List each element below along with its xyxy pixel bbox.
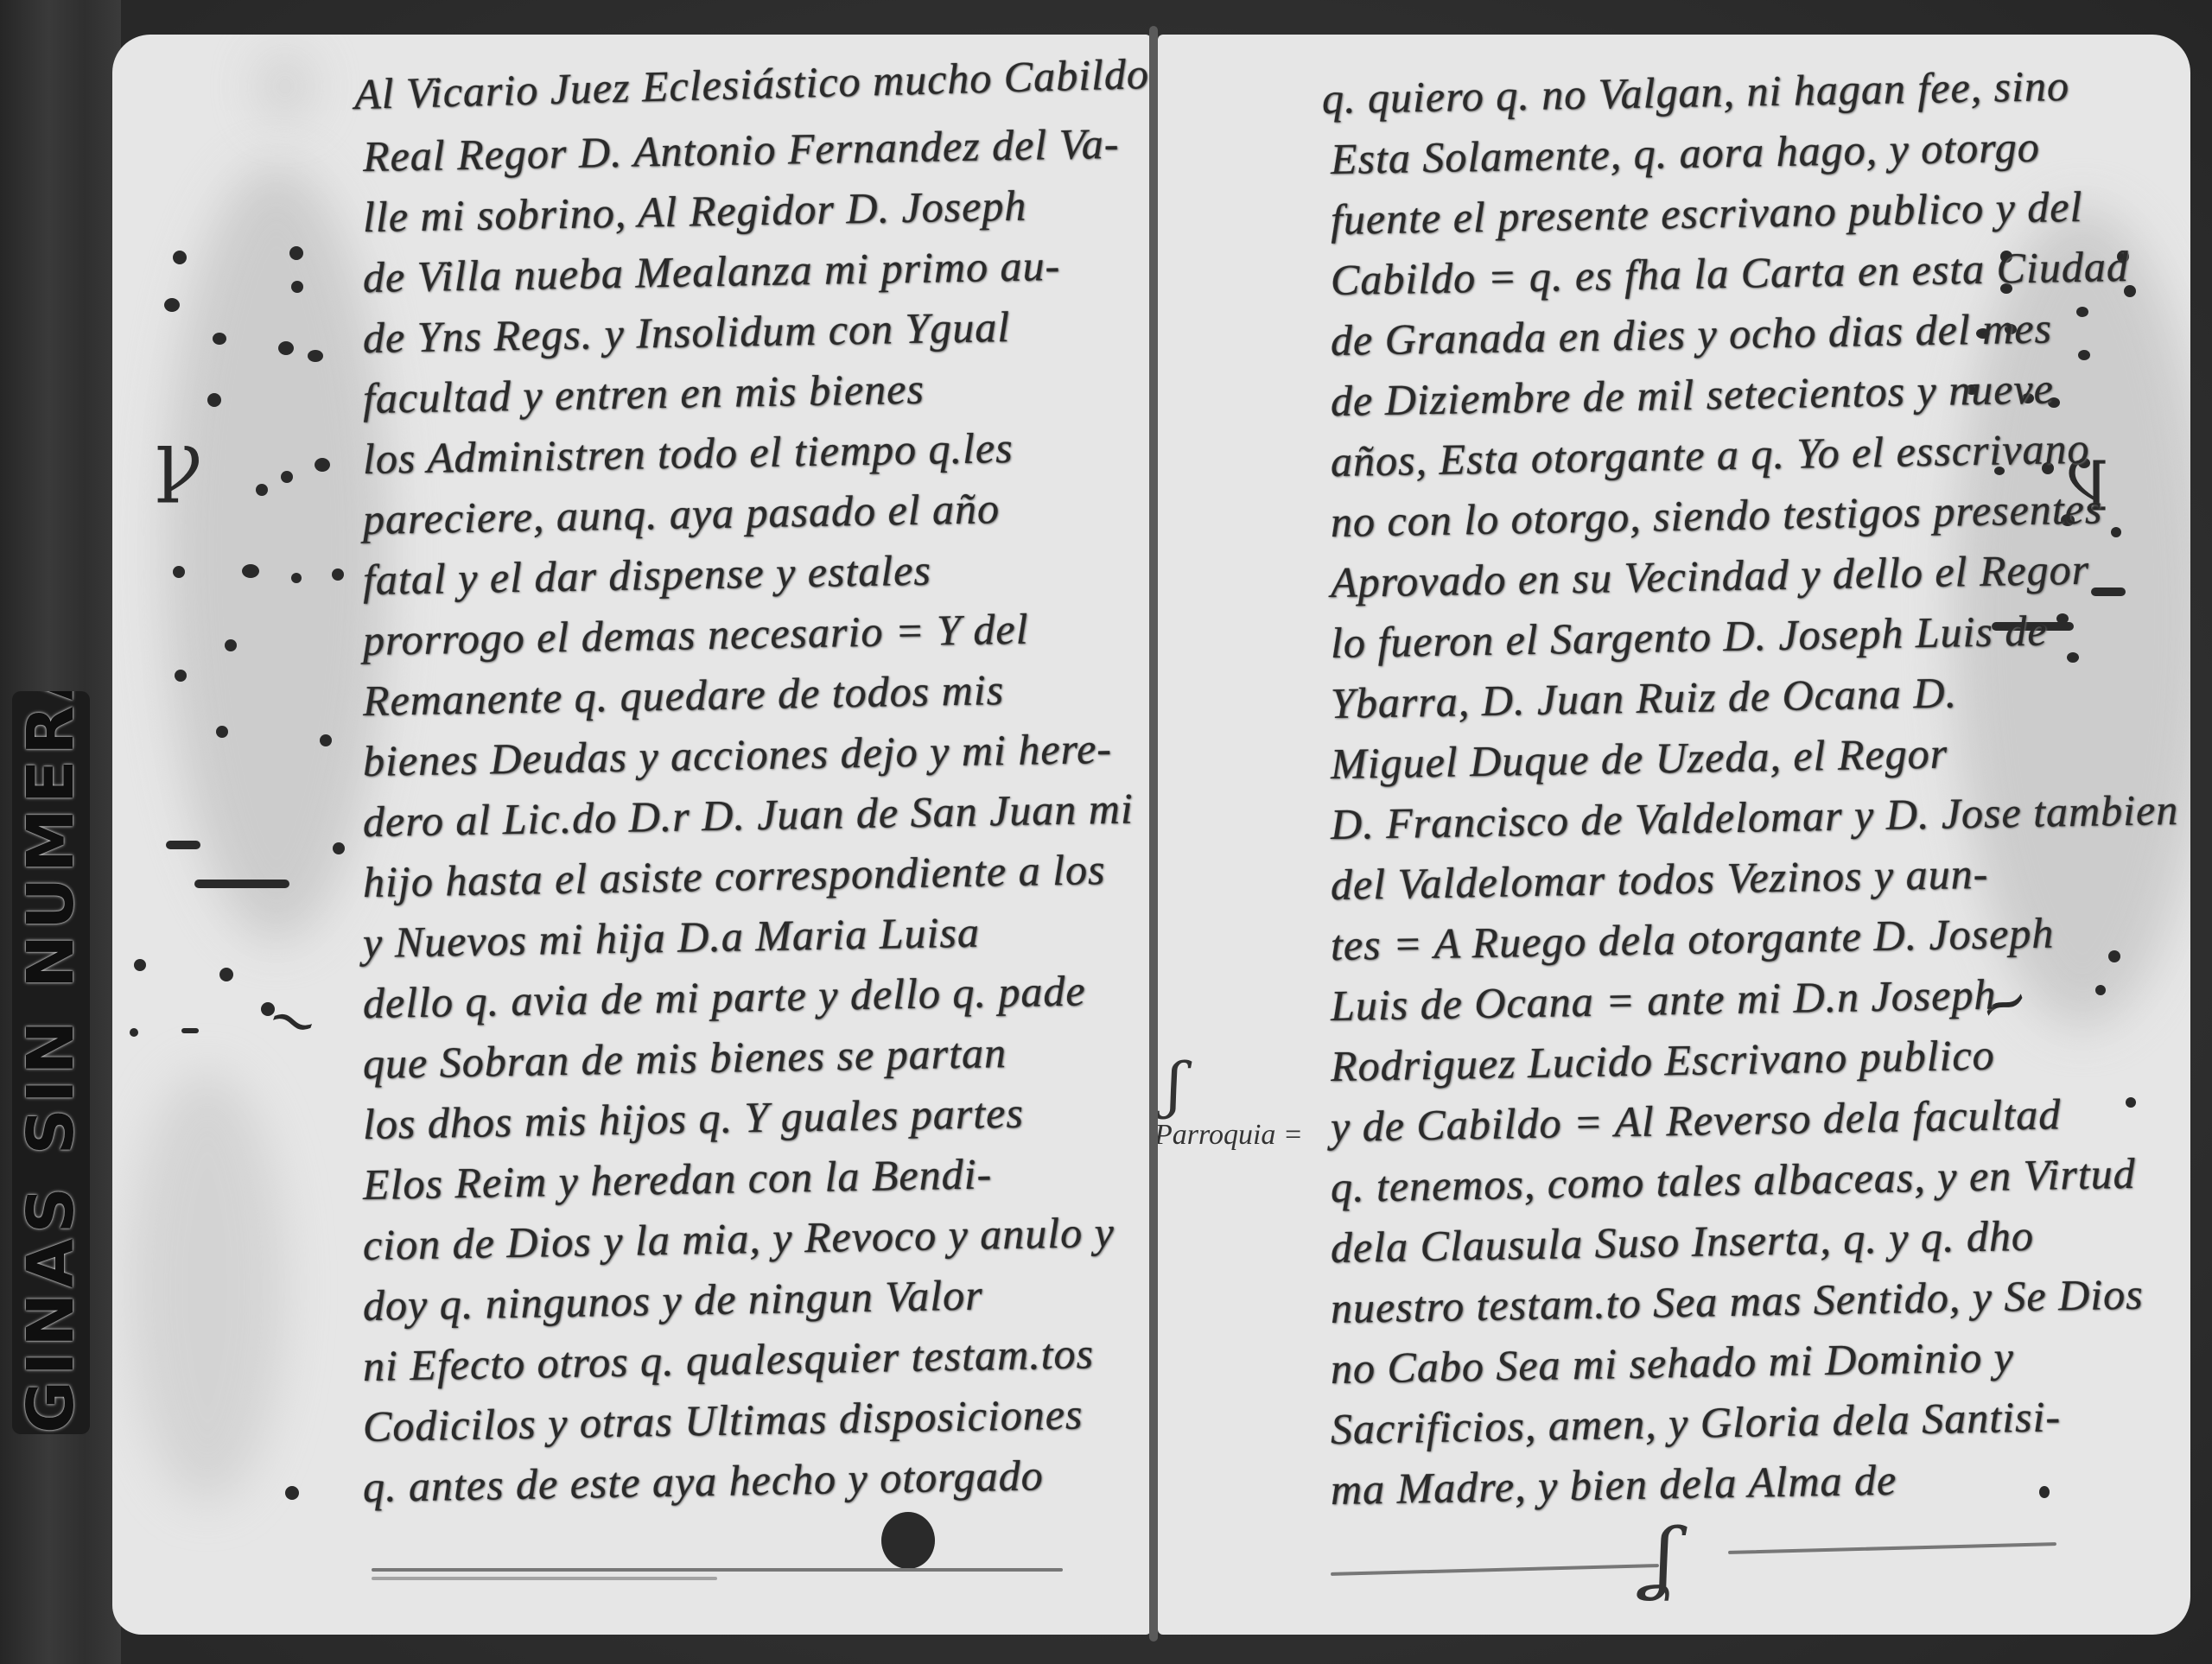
margin-dash: [181, 1028, 199, 1033]
water-stain: [164, 164, 389, 942]
margin-dot: [2067, 652, 2079, 663]
closing-rule: [1331, 1564, 1659, 1576]
margin-dot: [285, 1486, 299, 1500]
margin-dot: [173, 251, 187, 264]
manuscript-line: Miguel Duque de Uzeda, el Regor: [1330, 728, 1948, 789]
margin-dot: [281, 471, 293, 483]
manuscript-line: Remanente q. quedare de todos mis: [362, 664, 1004, 726]
manuscript-line: del Valdelomar todos Vezinos y aun-: [1330, 848, 1988, 910]
margin-dot: [134, 959, 146, 971]
margin-dot: [225, 639, 237, 651]
manuscript-line: pareciere, aunq. aya pasado el año: [362, 483, 1000, 544]
water-stain: [259, 52, 311, 121]
closing-rule: [1728, 1542, 2056, 1554]
manuscript-line: Real Regor D. Antonio Fernandez del Va-: [362, 118, 1119, 181]
manuscript-line: lo fueron el Sargento D. Joseph Luis de: [1330, 606, 2048, 668]
manuscript-line: prorrogo el demas necesario = Y del: [362, 604, 1028, 665]
manuscript-line: ni Efecto otros q. qualesquier testam.to…: [362, 1328, 1094, 1391]
manuscript-line: y Nuevos mi hija D.a Maria Luisa: [362, 907, 980, 968]
margin-dot: [278, 341, 294, 355]
manuscript-line: Codicilos y otras Ultimas disposiciones: [362, 1388, 1083, 1451]
margin-squiggle-mark: ~: [257, 978, 329, 1062]
manuscript-line: fatal y el dar dispense y estales: [362, 545, 931, 605]
manuscript-line: fuente el presente escrivano publico y d…: [1330, 181, 2082, 245]
manuscript-line: dello q. avia de mi parte y dello q. pad…: [362, 965, 1086, 1028]
left-page: ꝩ ~ Al Vicario Juez Eclesiástico mucho C…: [112, 35, 1151, 1635]
manuscript-line: de Diziembre de mil setecientos y nueve: [1330, 363, 2054, 426]
closing-rule: [372, 1568, 1063, 1572]
margin-dot: [219, 968, 233, 981]
manuscript-line: de Villa nueba Mealanza mi primo au-: [362, 240, 1060, 302]
margin-dot: [332, 568, 344, 581]
margin-dot: [291, 281, 303, 293]
margin-dot: [2126, 1097, 2136, 1108]
margin-dash: [166, 841, 200, 849]
manuscript-line: los dhos mis hijos q. Y guales partes: [362, 1088, 1024, 1149]
manuscript-line: q. antes de este aya hecho y otorgado: [362, 1450, 1044, 1512]
manuscript-line: tes = A Ruego dela otorgante D. Joseph: [1330, 907, 2054, 970]
manuscript-line: bienes Deudas y acciones dejo y mi here-: [362, 723, 1112, 786]
manuscript-line: Al Vicario Juez Eclesiástico mucho Cabil…: [353, 48, 1149, 119]
manuscript-line: Elos Reim y heredan con la Bendi-: [362, 1148, 992, 1210]
margin-dot: [175, 670, 187, 682]
margin-dot: [2108, 950, 2120, 962]
page-gutter: [1149, 26, 1158, 1642]
margin-note-parroquia: Parroquia =: [1158, 1119, 1303, 1152]
manuscript-line: q. quiero q. no Valgan, ni hagan fee, si…: [1321, 60, 2069, 124]
book-spine: PAGINAS SIN NUMERAR: [0, 0, 121, 1664]
margin-dot: [164, 298, 180, 312]
ink-blot: [881, 1512, 935, 1569]
manuscript-line: q. tenemos, como tales albaceas, y en Vi…: [1330, 1148, 2136, 1212]
margin-dot: [242, 564, 259, 578]
margin-squiggle-mark: ꝩ: [156, 415, 203, 505]
margin-dot: [289, 246, 303, 260]
margin-dot: [320, 734, 332, 746]
margin-dot: [291, 573, 302, 583]
margin-dot: [2111, 527, 2121, 537]
manuscript-line: dero al Lic.do D.r D. Juan de San Juan m…: [362, 783, 1134, 847]
margin-dash: [130, 1028, 138, 1037]
manuscript-line: lle mi sobrino, Al Regidor D. Joseph: [362, 181, 1027, 242]
margin-dot: [256, 484, 268, 496]
manuscript-line: dela Clausula Suso Inserta, q. y q. dho: [1330, 1210, 2034, 1273]
manuscript-line: doy q. ningunos y de ningun Valor: [362, 1269, 983, 1331]
margin-dot: [333, 842, 345, 854]
margin-flourish: ʃ: [1166, 1050, 1183, 1121]
margin-dot: [173, 566, 185, 578]
manuscript-line: Luis de Ocana = ante mi D.n Joseph: [1330, 969, 1996, 1031]
margin-dash: [2091, 587, 2126, 596]
margin-dot: [2039, 1486, 2050, 1498]
margin-dot: [315, 458, 330, 472]
manuscript-line: ma Madre, y bien dela Alma de: [1330, 1455, 1897, 1515]
margin-dot: [216, 726, 228, 738]
manuscript-line: los Administren todo el tiempo q.les: [362, 422, 1014, 484]
manuscript-line: nuestro testam.to Sea mas Sentido, y Se …: [1330, 1269, 2144, 1333]
manuscript-line: de Yns Regs. y Insolidum con Ygual: [362, 302, 1010, 363]
margin-dot: [2095, 985, 2106, 995]
water-stain: [130, 1071, 285, 1503]
margin-dot: [308, 350, 323, 362]
manuscript-line: de Granada en dies y ocho dias del mes: [1330, 302, 2052, 365]
manuscript-line: facultad y entren en mis bienes: [362, 364, 925, 423]
margin-dash: [194, 880, 289, 888]
margin-dot: [2078, 350, 2090, 360]
manuscript-line: Rodriguez Lucido Escrivano publico: [1330, 1030, 1995, 1091]
manuscript-line: que Sobran de mis bienes se partan: [362, 1027, 1007, 1089]
manuscript-line: no Cabo Sea mi sehado mi Dominio y: [1330, 1331, 2014, 1394]
manuscript-line: hijo hasta el asiste correspondiente a l…: [362, 844, 1105, 907]
spine-label: PAGINAS SIN NUMERAR: [12, 691, 90, 1434]
margin-dot: [207, 393, 221, 407]
closing-flourish-mark: ʆ: [1650, 1512, 1675, 1603]
manuscript-line: Sacrificios, amen, y Gloria dela Santisi…: [1330, 1391, 2061, 1454]
closing-rule: [372, 1577, 717, 1580]
margin-dot: [213, 333, 226, 345]
manuscript-line: Esta Solamente, q. aora hago, y otorgo: [1330, 122, 2040, 184]
manuscript-line: cion de Dios y la mia, y Revoco y anulo …: [362, 1207, 1115, 1270]
manuscript-line: Ybarra, D. Juan Ruiz de Ocana D.: [1330, 667, 1957, 728]
right-page: Parroquia = ʃ ꝩ ~ q. quiero q. no Valgan…: [1158, 35, 2190, 1635]
margin-dot: [2076, 307, 2088, 317]
manuscript-line: y de Cabildo = Al Reverso dela facultad: [1330, 1089, 2061, 1152]
spine-label-text: PAGINAS SIN NUMERAR: [14, 691, 88, 1434]
